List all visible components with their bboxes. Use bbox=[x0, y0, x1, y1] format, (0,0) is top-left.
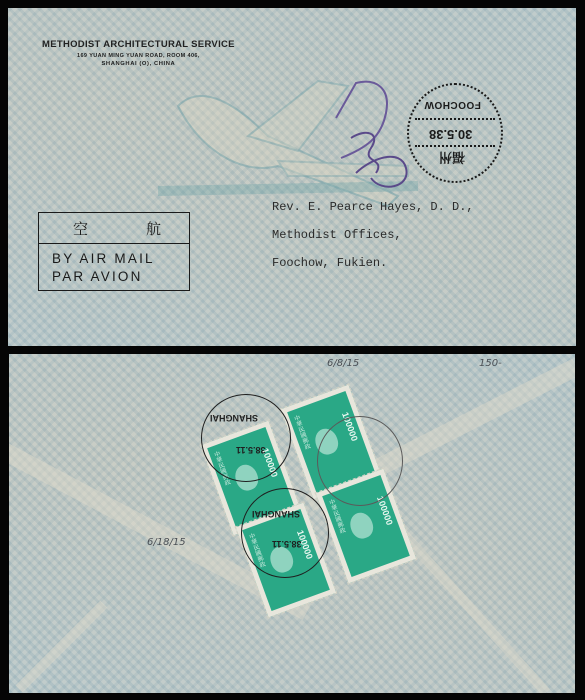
recipient-name: Rev. E. Pearce Hayes, D. D., bbox=[272, 200, 474, 214]
envelope-flap-bottom-left bbox=[15, 601, 107, 693]
pencil-note-left: 6/18/15 bbox=[147, 537, 186, 548]
airmail-english: BY AIR MAIL bbox=[39, 251, 189, 266]
shanghai-postmark: SHANGHAI 38.5.11 bbox=[241, 488, 329, 578]
airmail-chinese: 空 航 bbox=[39, 213, 189, 244]
sender-name: METHODIST ARCHITECTURAL SERVICE bbox=[42, 39, 235, 50]
foochow-postmark: FOOCHOW 30.5.38 福州 bbox=[407, 83, 503, 183]
airmail-label: 空 航 BY AIR MAIL PAR AVION bbox=[38, 212, 190, 291]
envelope-front: METHODIST ARCHITECTURAL SERVICE 169 YUAN… bbox=[8, 8, 576, 346]
airmail-french: PAR AVION bbox=[39, 269, 189, 284]
shanghai-postmark: SHANGHAI 38.5.11 bbox=[201, 394, 291, 482]
sender-city: SHANGHAI (O), CHINA bbox=[42, 61, 235, 67]
envelope-back: 6/8/15 150- 6/18/15 中華民國郵政100000 中華民國郵政1… bbox=[9, 354, 575, 693]
shanghai-postmark bbox=[317, 416, 403, 506]
sender-return-address: METHODIST ARCHITECTURAL SERVICE 169 YUAN… bbox=[42, 39, 235, 67]
postmark-date: 30.5.38 bbox=[429, 127, 472, 142]
recipient-city: Foochow, Fukien. bbox=[272, 256, 474, 270]
handwritten-signature bbox=[326, 78, 416, 198]
pencil-note-top-right: 150- bbox=[479, 358, 502, 369]
recipient-org: Methodist Offices, bbox=[272, 228, 474, 242]
pencil-note-top-left: 6/8/15 bbox=[327, 358, 359, 369]
postmark-city: FOOCHOW bbox=[424, 99, 481, 110]
postmark-chinese: 福州 bbox=[439, 149, 465, 168]
recipient-address: Rev. E. Pearce Hayes, D. D., Methodist O… bbox=[272, 200, 474, 284]
sender-street: 169 YUAN MING YUAN ROAD, ROOM 406, bbox=[42, 53, 235, 59]
